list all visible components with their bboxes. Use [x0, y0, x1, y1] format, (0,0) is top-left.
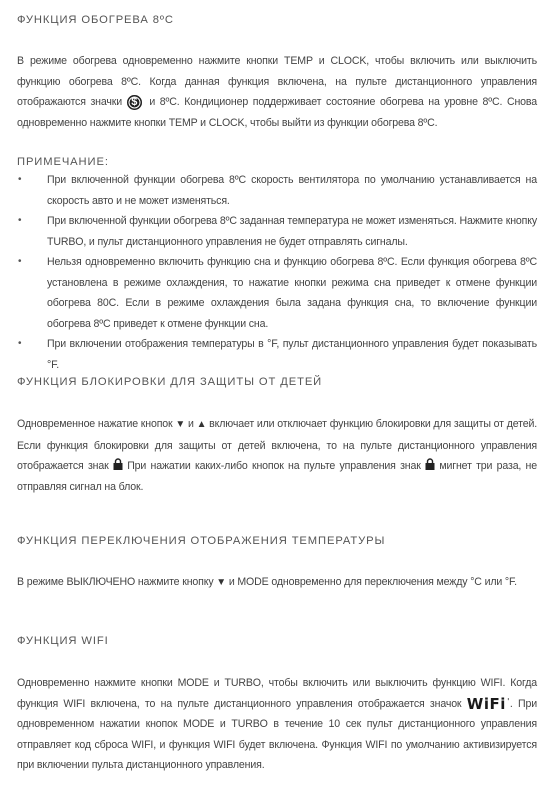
note-text: При включении отображения температуры в …: [47, 338, 537, 371]
wifi-icon-tick: ': [507, 692, 510, 713]
child-lock-text-2: и: [185, 418, 196, 430]
bullet-icon: •: [18, 334, 21, 355]
wifi-text-1: Одновременно нажмите кнопки MODE и TURBO…: [17, 677, 537, 710]
note-item: •При включенной функции обогрева 8ºC ско…: [17, 170, 537, 211]
lock-icon: [425, 458, 435, 470]
wifi-description: Одновременно нажмите кнопки MODE и TURBO…: [17, 673, 537, 776]
heating-description: В режиме обогрева одновременно нажмите к…: [17, 51, 537, 133]
temp-display-section-title: ФУНКЦИЯ ПЕРЕКЛЮЧЕНИЯ ОТОБРАЖЕНИЯ ТЕМПЕРА…: [17, 534, 385, 548]
lock-icon: [113, 458, 123, 470]
dollar-circle-icon: $: [127, 95, 142, 110]
heating-section-title: ФУНКЦИЯ ОБОГРЕВА 8ºC: [17, 13, 174, 27]
wifi-icon-label: WiFi: [467, 695, 506, 713]
wifi-section-title: ФУНКЦИЯ WIFI: [17, 634, 109, 648]
note-item: •При включенной функции обогрева 8ºC зад…: [17, 211, 537, 252]
child-lock-section-title: ФУНКЦИЯ БЛОКИРОВКИ ДЛЯ ЗАЩИТЫ ОТ ДЕТЕЙ: [17, 375, 322, 389]
child-lock-text-4: При нажатии каких-либо кнопок на пульте …: [123, 460, 425, 472]
wifi-icon: WiFi': [467, 695, 510, 713]
note-title: ПРИМЕЧАНИЕ:: [17, 155, 109, 169]
note-item: •Нельзя одновременно включить функцию сн…: [17, 252, 537, 334]
temp-display-text-1: В режиме ВЫКЛЮЧЕНО нажмите кнопку: [17, 576, 216, 588]
down-triangle-icon: ▼: [216, 577, 226, 588]
temp-display-description: В режиме ВЫКЛЮЧЕНО нажмите кнопку ▼ и MO…: [17, 572, 537, 594]
temp-display-text-2: и MODE одновременно для переключения меж…: [226, 576, 517, 588]
note-text: Нельзя одновременно включить функцию сна…: [47, 256, 537, 330]
bullet-icon: •: [18, 170, 21, 191]
note-text: При включенной функции обогрева 8ºC скор…: [47, 174, 537, 207]
bullet-icon: •: [18, 252, 21, 273]
down-triangle-icon: ▼: [175, 419, 185, 430]
note-item: •При включении отображения температуры в…: [17, 334, 537, 375]
up-triangle-icon: ▲: [197, 419, 207, 430]
notes-list: •При включенной функции обогрева 8ºC ско…: [17, 170, 537, 375]
child-lock-text-1: Одновременное нажатие кнопок: [17, 418, 175, 430]
note-text: При включенной функции обогрева 8ºC зада…: [47, 215, 537, 248]
child-lock-description: Одновременное нажатие кнопок ▼ и ▲ включ…: [17, 414, 537, 497]
bullet-icon: •: [18, 211, 21, 232]
